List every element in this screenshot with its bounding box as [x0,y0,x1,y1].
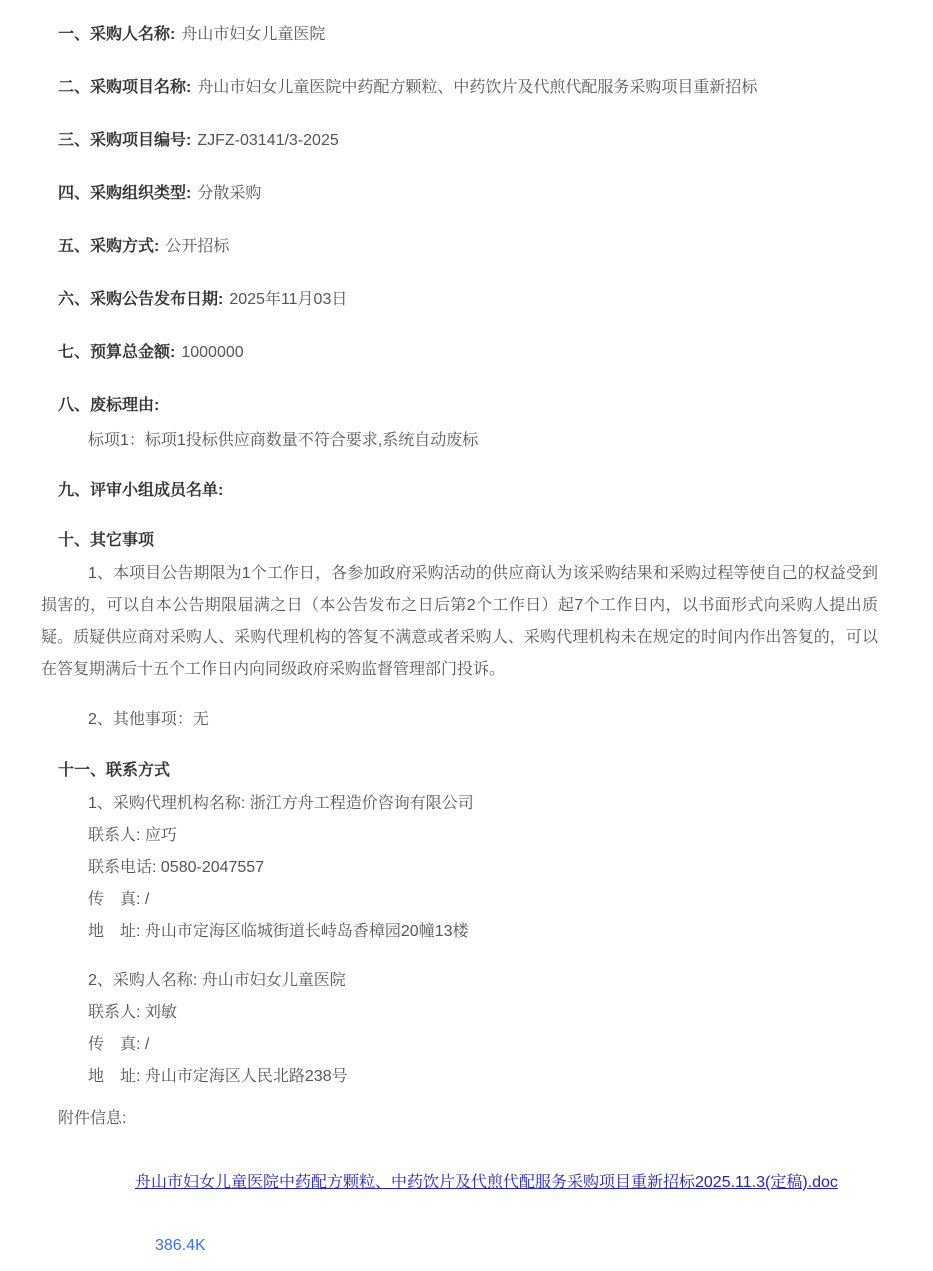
field-value: 舟山市妇女儿童医院 [181,26,325,43]
purchaser-contact-person: 联系人: 刘敏 [88,997,876,1029]
other-matters-item2: 2、其他事项：无 [88,710,876,730]
attachment-file-size: 386.4K [155,1236,876,1256]
agency-contact-person: 联系人: 应巧 [88,820,876,852]
field-label: 三、采购项目编号: [58,132,191,149]
field-label: 六、采购公告发布日期: [58,291,223,308]
announcement-document: 一、采购人名称:舟山市妇女儿童医院 二、采购项目名称:舟山市妇女儿童医院中药配方… [0,0,933,1271]
field-project-number: 三、采购项目编号:ZJFZ-03141/3-2025 [58,131,876,151]
agency-fax: 传 真: / [88,884,876,916]
agency-phone: 联系电话: 0580-2047557 [88,852,876,884]
field-label: 一、采购人名称: [58,26,175,43]
field-value: 舟山市妇女儿童医院中药配方颗粒、中药饮片及代煎代配服务采购项目重新招标 [197,79,757,96]
cancel-reason-text: 标项1：标项1投标供应商数量不符合要求,系统自动废标 [88,431,876,451]
agency-contact-block: 1、采购代理机构名称: 浙江方舟工程造价咨询有限公司 联系人: 应巧 联系电话:… [88,788,876,948]
field-value: ZJFZ-03141/3-2025 [197,132,338,149]
field-value: 1000000 [181,344,243,361]
field-label: 二、采购项目名称: [58,79,191,96]
section-other-matters-heading: 十、其它事项 [58,531,876,551]
other-matters-paragraph: 1、本项目公告期限为1个工作日，各参加政府采购活动的供应商认为该采购结果和采购过… [41,558,878,686]
field-value: 分散采购 [197,185,261,202]
agency-address: 地 址: 舟山市定海区临城街道长峙岛香樟园20幢13楼 [88,916,876,948]
field-label: 五、采购方式: [58,238,159,255]
agency-name-line: 1、采购代理机构名称: 浙江方舟工程造价咨询有限公司 [88,788,876,820]
section-contact-heading: 十一、联系方式 [58,761,876,781]
field-procurement-method: 五、采购方式:公开招标 [58,237,876,257]
field-label: 四、采购组织类型: [58,185,191,202]
field-organization-type: 四、采购组织类型:分散采购 [58,184,876,204]
field-budget-total: 七、预算总金额:1000000 [58,343,876,363]
field-value: 公开招标 [165,238,229,255]
section-cancel-reason-heading: 八、废标理由: [58,396,876,416]
purchaser-address: 地 址: 舟山市定海区人民北路238号 [88,1061,876,1093]
field-value: 2025年11月03日 [229,291,347,308]
attachment-info-label: 附件信息: [58,1109,876,1129]
section-review-panel-heading: 九、评审小组成员名单: [58,481,876,501]
field-purchaser-name: 一、采购人名称:舟山市妇女儿童医院 [58,25,876,45]
purchaser-fax: 传 真: / [88,1029,876,1061]
purchaser-name-line: 2、采购人名称: 舟山市妇女儿童医院 [88,965,876,997]
attachment-row: 舟山市妇女儿童医院中药配方颗粒、中药饮片及代煎代配服务采购项目重新招标2025.… [135,1173,876,1193]
purchaser-contact-block: 2、采购人名称: 舟山市妇女儿童医院 联系人: 刘敏 传 真: / 地 址: 舟… [88,965,876,1093]
attachment-file-link[interactable]: 舟山市妇女儿童医院中药配方颗粒、中药饮片及代煎代配服务采购项目重新招标2025.… [135,1174,838,1191]
field-announce-date: 六、采购公告发布日期:2025年11月03日 [58,290,876,310]
field-label: 七、预算总金额: [58,344,175,361]
field-project-name: 二、采购项目名称:舟山市妇女儿童医院中药配方颗粒、中药饮片及代煎代配服务采购项目… [58,78,876,98]
